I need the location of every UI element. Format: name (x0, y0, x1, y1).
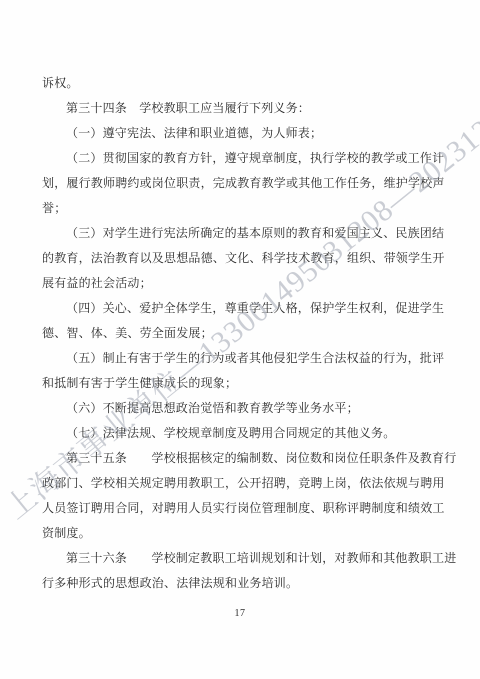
text-line: 人员签订聘用合同，对聘用人员实行岗位管理制度、职称评聘制度和绩效工 (42, 496, 440, 521)
document-page: 诉权。第三十四条 学校教职工应当履行下列义务：（一）遵守宪法、法律和职业道德，为… (0, 0, 480, 679)
text-line: （一）遵守宪法、法律和职业道德，为人师表； (42, 121, 440, 146)
text-line: 誉； (42, 196, 440, 221)
text-line: 政部门、学校相关规定聘用教职工，公开招聘，竞聘上岗，依法依规与聘用 (42, 471, 440, 496)
text-line: 的教育，法治教育以及思想品德、文化、科学技术教育，组织、带领学生开 (42, 246, 440, 271)
text-line: （五）制止有害于学生的行为或者其他侵犯学生合法权益的行为，批评 (42, 346, 440, 371)
text-line: 第三十五条 学校根据核定的编制数、岗位数和岗位任职条件及教育行 (42, 446, 440, 471)
text-line: （四）关心、爱护全体学生，尊重学生人格，保护学生权利，促进学生 (42, 296, 440, 321)
text-line: 诉权。 (42, 71, 440, 96)
text-line: （三）对学生进行宪法所确定的基本原则的教育和爱国主义、民族团结 (42, 221, 440, 246)
text-line: 德、智、体、美、劳全面发展； (42, 321, 440, 346)
text-line: 资制度。 (42, 521, 440, 546)
text-line: 第三十四条 学校教职工应当履行下列义务： (42, 96, 440, 121)
document-body: 诉权。第三十四条 学校教职工应当履行下列义务：（一）遵守宪法、法律和职业道德，为… (42, 71, 440, 596)
text-line: （二）贯彻国家的教育方针，遵守规章制度，执行学校的教学或工作计 (42, 146, 440, 171)
text-line: 和抵制有害于学生健康成长的现象； (42, 371, 440, 396)
text-line: 划，履行教师聘约或岗位职责，完成教育教学或其他工作任务，维护学校声 (42, 171, 440, 196)
text-line: （六）不断提高思想政治觉悟和教育教学等业务水平； (42, 396, 440, 421)
text-line: 第三十六条 学校制定教职工培训规划和计划，对教师和其他教职工进 (42, 546, 440, 571)
page-number: 17 (0, 608, 480, 619)
text-line: （七）法律法规、学校规章制度及聘用合同规定的其他义务。 (42, 421, 440, 446)
text-line: 行多种形式的思想政治、法律法规和业务培训。 (42, 571, 440, 596)
text-line: 展有益的社会活动； (42, 271, 440, 296)
